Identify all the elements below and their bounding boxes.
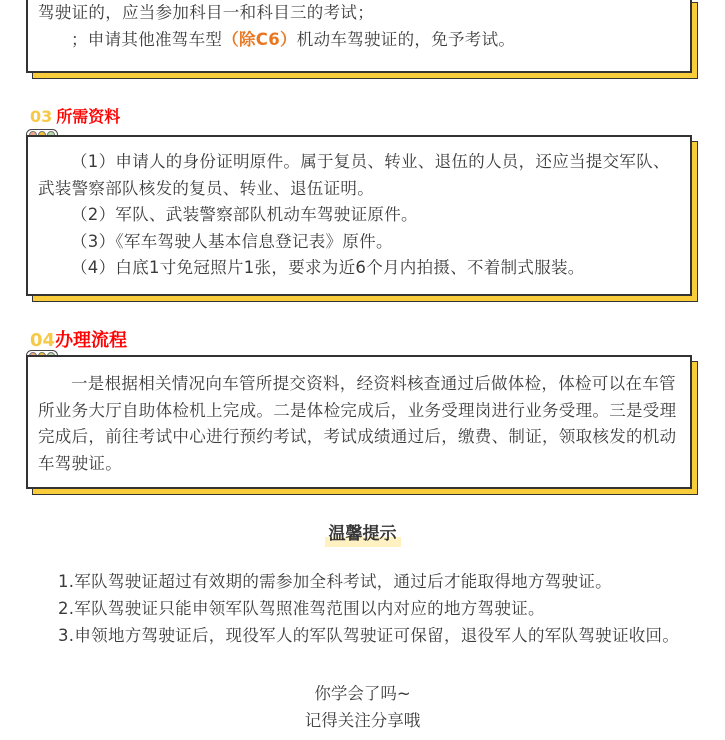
process-text: 一是根据相关情况向车管所提交资料，经资料核查通过后做体检，体检可以在车管所业务大…: [38, 371, 680, 477]
section-heading-04: 04办理流程: [30, 326, 127, 352]
section-title: 所需资料: [56, 107, 120, 126]
exam-line-2-before: ；申请其他准驾车型: [71, 30, 222, 49]
exam-line-2-after: 机动车驾驶证的，免予考试。: [297, 30, 515, 49]
exam-line-1: 驾驶证的，应当参加科目一和科目三的考试；: [38, 0, 680, 27]
section-number: 03: [30, 107, 52, 126]
document-item-2: （2）军队、武装警察部队机动车驾驶证原件。: [38, 202, 680, 229]
document-item-1: （1）申请人的身份证明原件。属于复员、转业、退伍的人员，还应当提交军队、武装警察…: [38, 149, 680, 202]
tip-item-1: 1.军队驾驶证超过有效期的需参加全科考试，通过后才能取得地方驾驶证。: [25, 568, 700, 595]
closing-message: 你学会了吗~ 记得关注分享哦: [0, 680, 725, 734]
exemption-highlight: （除C6）: [222, 30, 297, 49]
closing-line-1: 你学会了吗~: [0, 680, 725, 707]
tips-title: 温馨提示: [325, 521, 401, 547]
document-item-3: （3）《军车驾驶人基本信息登记表》原件。: [38, 229, 680, 256]
tip-item-3: 3.申领地方驾驶证后，现役军人的军队驾驶证可保留，退役军人的军队驾驶证收回。: [25, 622, 700, 649]
exam-line-2: ；申请其他准驾车型（除C6）机动车驾驶证的，免予考试。: [38, 27, 680, 54]
tip-item-2: 2.军队驾驶证只能申领军队驾照准驾范围以内对应的地方驾驶证。: [25, 595, 700, 622]
section-heading-03: 03所需资料: [30, 104, 120, 127]
section-number: 04: [30, 330, 55, 351]
tips-heading: 温馨提示: [0, 521, 725, 547]
closing-line-2: 记得关注分享哦: [0, 707, 725, 734]
document-item-4: （4）白底1寸免冠照片1张，要求为近6个月内拍摄、不着制式服装。: [38, 255, 680, 282]
process-box: 一是根据相关情况向车管所提交资料，经资料核查通过后做体检，体检可以在车管所业务大…: [26, 355, 692, 489]
required-documents-box: （1）申请人的身份证明原件。属于复员、转业、退伍的人员，还应当提交军队、武装警察…: [26, 135, 692, 296]
exam-requirements-box: 驾驶证的，应当参加科目一和科目三的考试； ；申请其他准驾车型（除C6）机动车驾驶…: [26, 0, 692, 73]
tips-list: 1.军队驾驶证超过有效期的需参加全科考试，通过后才能取得地方驾驶证。 2.军队驾…: [25, 568, 700, 649]
section-title: 办理流程: [55, 330, 127, 351]
